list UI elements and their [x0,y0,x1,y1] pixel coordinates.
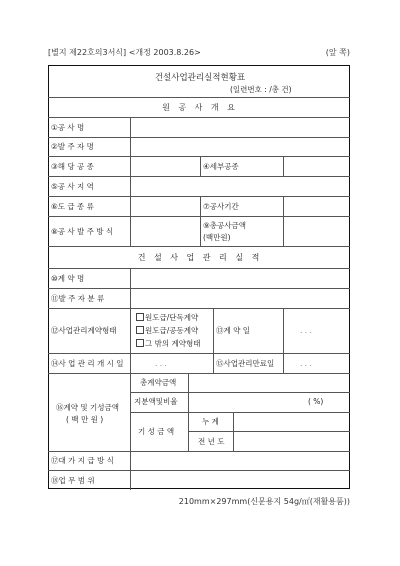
divider [48,246,350,247]
form-title: 건설사업관리실적현황표 [0,74,400,83]
previous-year-field[interactable] [234,432,349,450]
label-project-period: ⑦공사기간 [203,203,239,211]
option-single-contract[interactable]: 원도급/단독계약 [136,313,198,322]
total-contract-amount-field[interactable] [189,374,349,391]
label-contract-type: ⑥도 급 종 류 [51,203,94,211]
checkbox[interactable] [136,326,144,334]
divider [213,308,214,373]
contract-name-field[interactable] [131,269,349,287]
label-total-amount: ⑨총공사금액 [203,222,246,230]
label-sub-work-type: ④세부공종 [203,163,239,171]
option-joint-contract[interactable]: 원도급/공동계약 [136,326,198,335]
share-ratio-field[interactable]: ( %) [308,398,323,406]
paper-spec: 210mm×297mm(신문용지 54g/㎡(재활용품)) [179,496,350,507]
project-name-field[interactable] [131,118,349,136]
label-project-region: ⑤공 사 지 역 [51,183,94,191]
label-total-contract-amount: 총계약금액 [140,379,176,387]
label-contract-name: ⑩계 약 명 [51,275,84,283]
scope-of-work-field[interactable] [131,471,349,488]
label-scope-of-work: ⑱업 무 범 위 [51,477,95,485]
cumulative-field[interactable] [234,413,349,430]
total-amount-field[interactable] [284,217,349,245]
serial-number: (일련번호 : /총 건) [230,86,292,94]
label-contract-amounts-unit: ( 백 만 원 ) [66,416,103,424]
label-cm-end-date: ⑮사업관리만료일 [216,360,274,368]
order-method-field[interactable] [131,217,199,245]
label-contract-amounts: ⑯계약 및 기성금액 [56,404,119,412]
project-period-field[interactable] [284,197,349,215]
client-category-field[interactable] [131,289,349,307]
option-other-contract[interactable]: 그 밖의 계약형태 [136,339,200,348]
label-payment-method: ⑰대 가 지 급 방 식 [51,457,114,465]
checkbox[interactable] [136,313,144,321]
label-total-amount-unit: (백만원) [203,234,231,242]
form-reference: [별지 제22호의3서식] <개정 2003.8.26> [48,47,201,58]
contract-date-field[interactable]: . . . [300,327,312,335]
divider [200,156,201,176]
label-work-type: ③해 당 공 종 [51,163,94,171]
cm-end-date-field[interactable]: . . . [300,360,312,368]
client-name-field[interactable] [131,138,349,156]
label-order-method: ⑧공 사 발 주 방 식 [51,228,113,236]
label-previous-year: 전 년 도 [198,438,225,446]
section-header-cm-record: 건 설 사 업 관 리 실 적 [0,254,400,262]
work-type-field[interactable] [131,157,199,175]
label-client-name: ②발 주 자 명 [51,143,94,151]
divider [48,308,350,309]
label-contract-date: ⑬계 약 일 [216,327,250,335]
checkbox[interactable] [136,339,144,347]
label-cm-start-date: ⑭사 업 관 리 개 시 일 [51,360,124,368]
label-client-category: ⑪발 주 자 분 류 [51,295,104,303]
project-region-field[interactable] [131,177,349,195]
label-project-name: ①공 사 명 [51,124,84,132]
label-progress-amount: 기 성 금 액 [138,428,174,436]
divider [130,392,350,393]
divider [283,308,284,373]
divider [48,97,350,98]
divider [48,353,350,354]
label-cm-contract-form: ⑫사업관리계약형태 [51,327,116,335]
label-share-ratio: 지분액및비율 [134,398,177,406]
payment-method-field[interactable] [131,452,349,469]
page-side-label: (앞 쪽) [326,47,350,58]
section-header-original-project: 원 공 사 개 요 [0,104,400,112]
label-cumulative: 누 계 [202,418,219,426]
cm-start-date-field[interactable]: . . . [155,360,167,368]
contract-type-field[interactable] [131,197,199,215]
divider [200,196,201,246]
sub-work-type-field[interactable] [284,157,349,175]
